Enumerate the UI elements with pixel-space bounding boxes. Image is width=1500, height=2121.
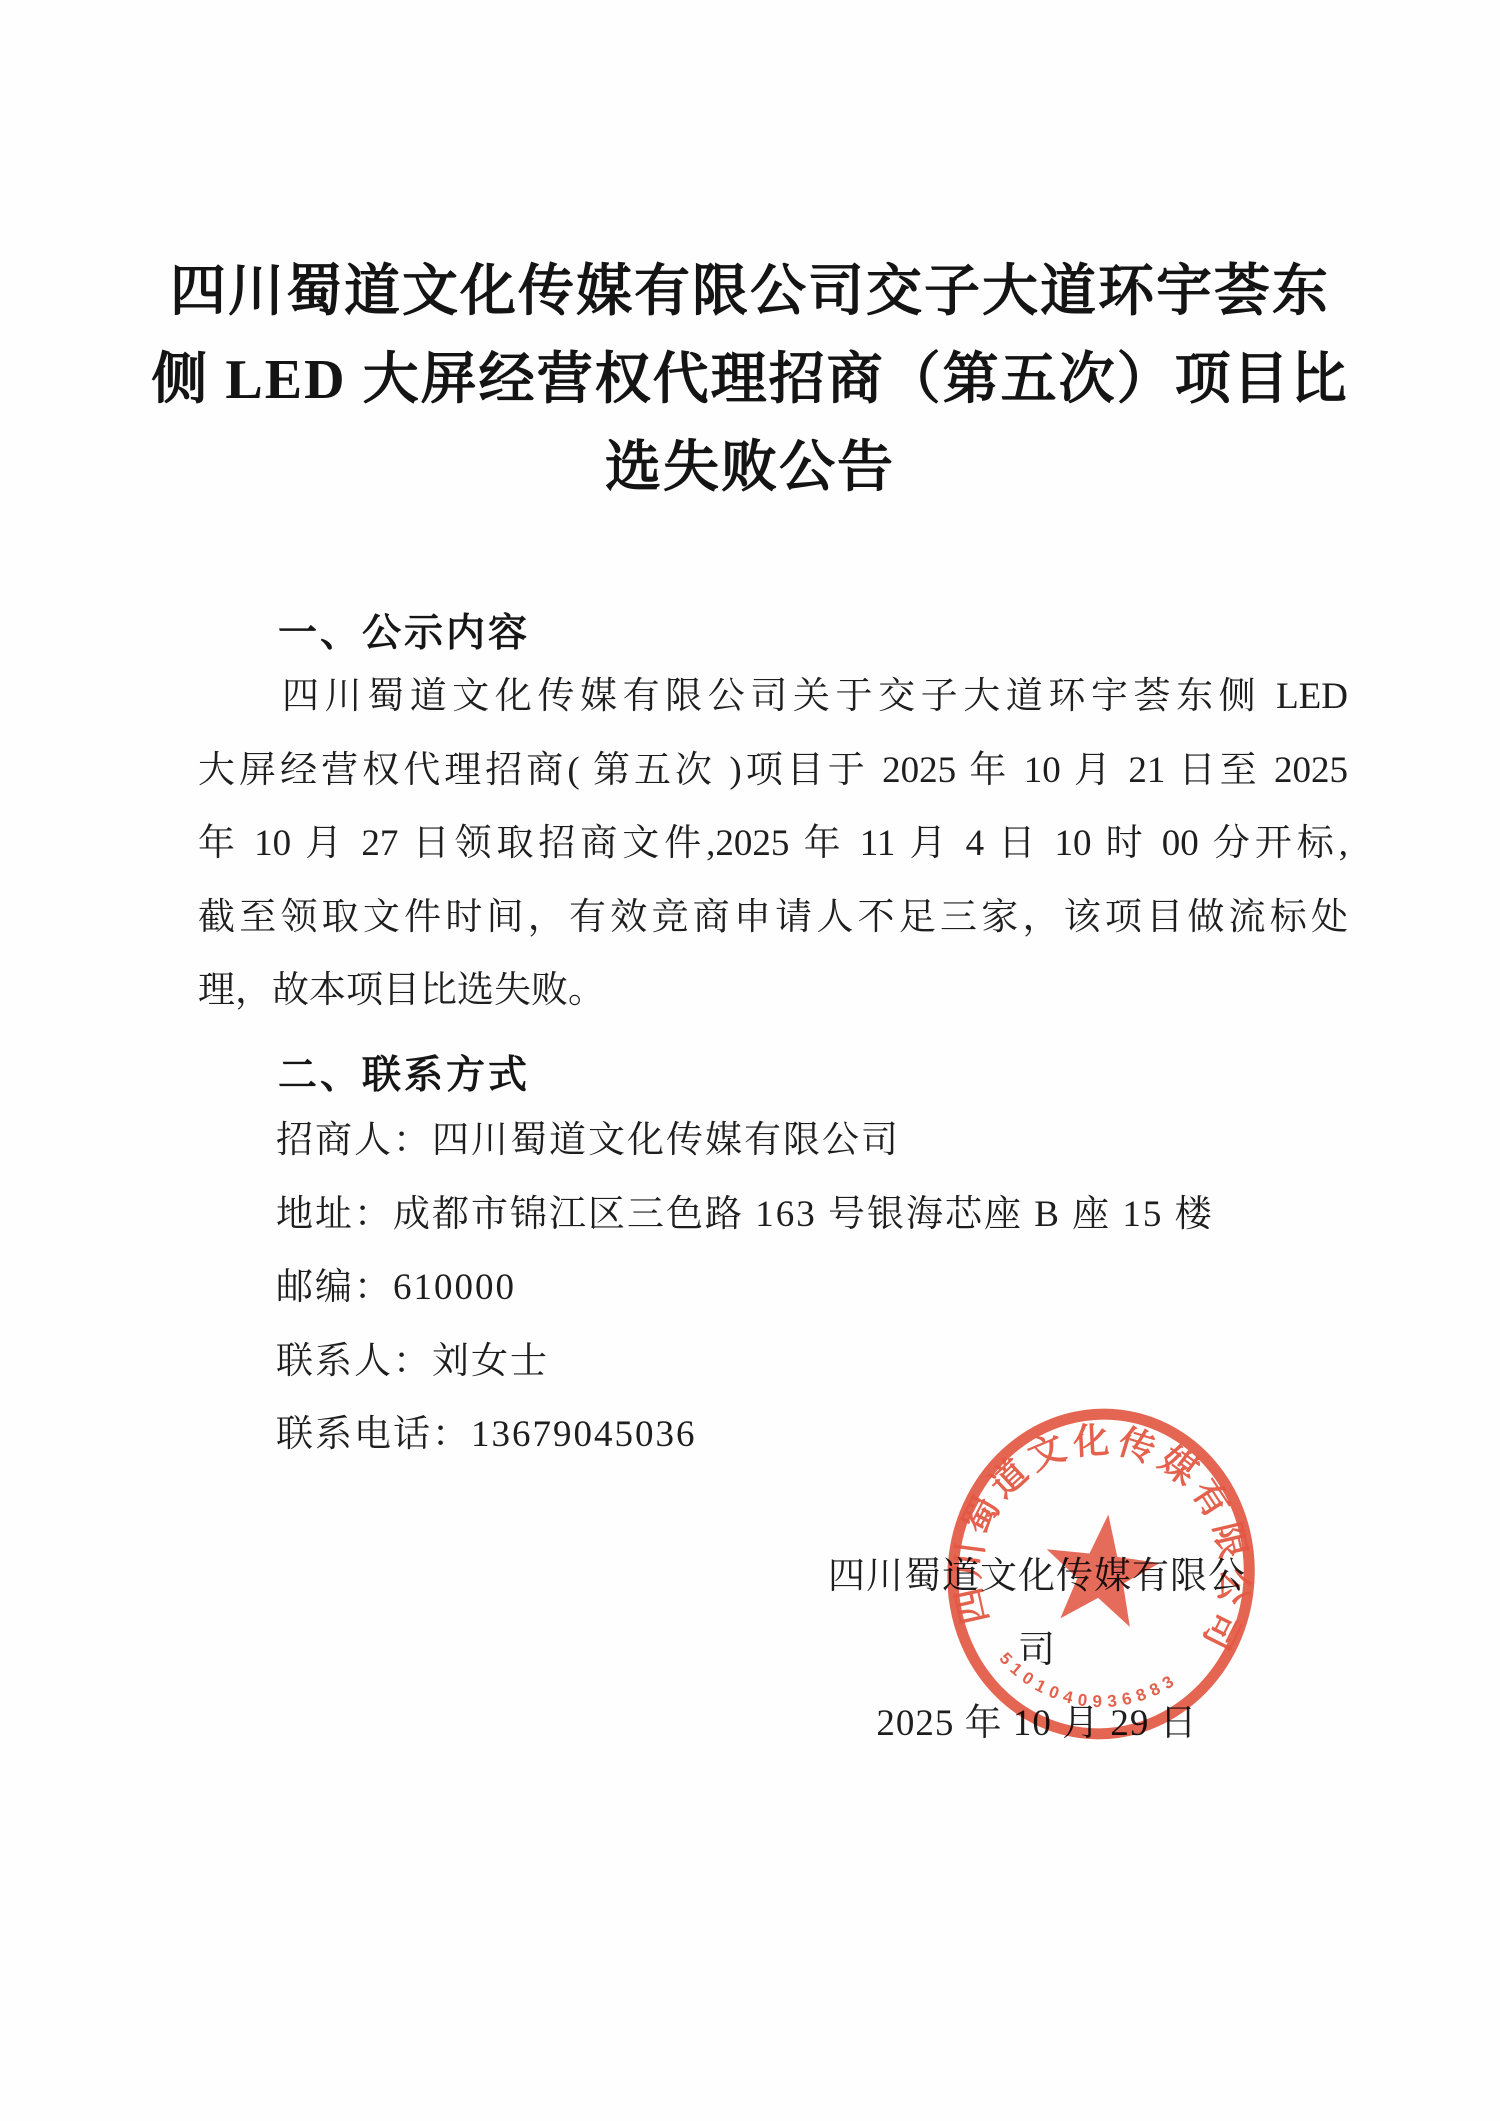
seal-star-icon [1039, 1508, 1165, 1630]
contact-line: 招商人：四川蜀道文化传媒有限公司 [276, 1104, 1348, 1178]
paragraph-line: 四川蜀道文化传媒有限公司关于交子大道环宇荟东侧 LED [198, 660, 1348, 734]
section1-paragraph: 四川蜀道文化传媒有限公司关于交子大道环宇荟东侧 LED大屏经营权代理招商( 第五… [198, 660, 1348, 1028]
company-seal-stamp: 四川蜀道文化传媒有限公司 5101040936883 [922, 1384, 1280, 1765]
document-title: 四川蜀道文化传媒有限公司交子大道环宇荟东侧 LED 大屏经营权代理招商（第五次）… [150, 248, 1350, 512]
document-title-line: 四川蜀道文化传媒有限公司交子大道环宇荟东 [150, 248, 1350, 336]
paragraph-line: 截至领取文件时间，有效竞商申请人不足三家，该项目做流标处 [198, 881, 1348, 955]
paragraph-line: 年 10 月 27 日领取招商文件,2025 年 11 月 4 日 10 时 0… [198, 807, 1348, 881]
document-title-line: 选失败公告 [150, 424, 1350, 512]
section2-heading: 二、联系方式 [198, 1044, 1348, 1100]
contact-line: 联系人：刘女士 [276, 1325, 1348, 1399]
paragraph-line: 大屏经营权代理招商( 第五次 )项目于 2025 年 10 月 21 日至 20… [198, 734, 1348, 808]
announcement-document-page: 四川蜀道文化传媒有限公司交子大道环宇荟东侧 LED 大屏经营权代理招商（第五次）… [0, 0, 1500, 2121]
section1-heading: 一、公示内容 [198, 602, 1348, 658]
paragraph-line: 理，故本项目比选失败。 [198, 954, 1348, 1028]
document-title-line: 侧 LED 大屏经营权代理招商（第五次）项目比 [150, 336, 1350, 424]
contact-line: 地址：成都市锦江区三色路 163 号银海芯座 B 座 15 楼 [276, 1178, 1348, 1252]
contact-line: 邮编：610000 [276, 1251, 1348, 1325]
